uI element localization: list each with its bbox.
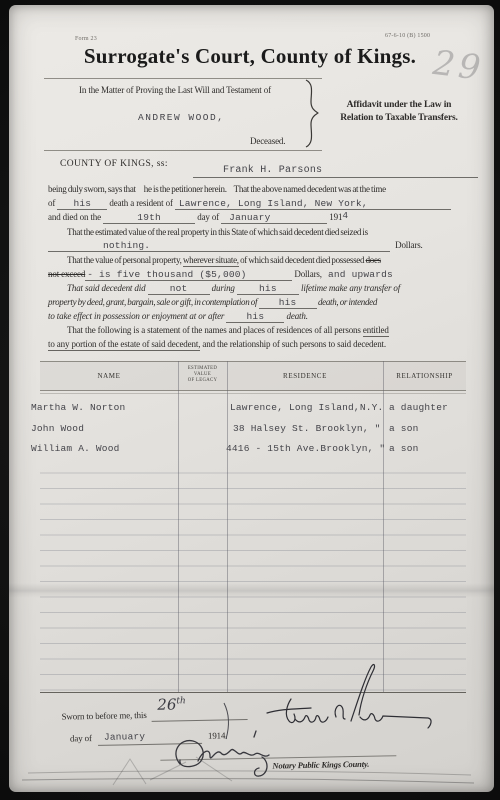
typed-entry: his	[259, 283, 277, 294]
sworn-year: 1914.	[208, 730, 228, 740]
paragraph-line: That the value of personal property, whe…	[67, 255, 381, 265]
paragraph-line: That the estimated value of the real pro…	[67, 227, 368, 237]
column-header-value: ESTIMATED VALUE OF LEGACY	[179, 366, 226, 384]
printed-text: death.	[287, 311, 308, 321]
printed-text-underlined: to any portion of the estate of said dec…	[48, 339, 200, 351]
printed-text: Dollars.	[395, 240, 423, 250]
typed-entry: his	[247, 311, 265, 322]
column-header-name: NAME	[40, 372, 178, 380]
blank-underline	[98, 743, 202, 746]
typed-entry: 19th	[137, 212, 161, 223]
pencil-annotation: 29	[431, 43, 487, 89]
printed-text: VALUE	[194, 372, 211, 377]
typed-entry: and upwards	[328, 269, 393, 280]
form-number: Form 23	[75, 36, 97, 42]
paragraph-line: and died on the 19th day of January 1914	[48, 212, 348, 224]
caption-rule-top	[44, 78, 322, 79]
printed-text: lifetime make any transfer of	[301, 283, 400, 293]
table-ruled-lines	[40, 458, 466, 693]
printed-text: That said decedent did	[67, 283, 145, 293]
typed-entry: not	[170, 283, 188, 294]
county-line: COUNTY OF KINGS, ss:	[60, 159, 168, 169]
paragraph-line: nothing. Dollars.	[48, 240, 423, 252]
jurat-section: Sworn to before me, this 26th day of Jan…	[0, 685, 500, 800]
paragraph-line: That said decedent did not during his li…	[67, 283, 400, 295]
printed-text: of which said decedent died possessed	[240, 255, 364, 265]
printed-text-underlined: wherever situate,	[183, 255, 239, 267]
handwritten-text: 26	[157, 695, 176, 713]
heir-residence: 4416 - 15th Ave.Brooklyn, "	[226, 443, 385, 454]
sworn-line: Sworn to before me, this	[61, 710, 146, 722]
struck-text: not exceed	[48, 269, 85, 279]
heir-relationship: a son	[389, 443, 419, 454]
matter-line: In the Matter of Proving the Last Will a…	[44, 85, 306, 95]
printed-text: That the following is a statement of the…	[67, 325, 361, 335]
deceased-label: Deceased.	[250, 136, 285, 146]
printed-text: ESTIMATED	[188, 366, 217, 371]
notary-title: Notary Public Kings County.	[272, 759, 369, 771]
printed-text-underlined: entitled	[363, 325, 389, 337]
printed-text: That the value of personal property,	[67, 255, 182, 265]
caption-rule-bottom	[44, 150, 322, 151]
paragraph-line: That the following is a statement of the…	[67, 325, 389, 335]
printed-text: he is the petitioner herein.	[144, 184, 227, 194]
blank-underline	[152, 719, 248, 722]
printed-text: being duly sworn, says that	[48, 184, 136, 194]
petitioner-name-blank: Frank H. Parsons	[193, 164, 478, 178]
print-code: 67-6-10 (B) 1500	[385, 33, 430, 39]
printed-text: and died on the	[48, 212, 101, 222]
affidavit-title-2: Relation to Taxable Transfers.	[328, 113, 470, 123]
table-header-rule	[40, 390, 466, 391]
scanned-document-page: Form 23 67-6-10 (B) 1500 Surrogate's Cou…	[0, 0, 500, 800]
column-header-relationship: RELATIONSHIP	[383, 372, 466, 380]
printed-text: death a resident of	[109, 198, 172, 208]
printed-text: of	[48, 198, 55, 208]
printed-text: Dollars,	[294, 269, 322, 279]
typed-entry: January	[104, 731, 146, 743]
printed-text: during	[212, 283, 235, 293]
printed-text: to take effect in possession or enjoymen…	[48, 311, 224, 321]
struck-text: does	[366, 255, 381, 265]
paragraph-line: to any portion of the estate of said dec…	[48, 339, 386, 349]
page-title: Surrogate's Court, County of Kings.	[40, 44, 460, 69]
column-header-residence: RESIDENCE	[227, 372, 383, 380]
typed-entry: 4	[342, 210, 348, 221]
printed-text: That the above named decedent was at the…	[234, 184, 386, 194]
typed-entry: - is five thousand ($5,000)	[87, 269, 246, 280]
printed-text: 191	[329, 212, 342, 222]
heir-name: John Wood	[31, 423, 84, 434]
affidavit-title-1: Affidavit under the Law in	[328, 100, 470, 110]
printed-text: death, or intended	[318, 297, 377, 307]
typed-entry: January	[229, 212, 270, 223]
heir-name: William A. Wood	[31, 443, 120, 454]
decedent-name: ANDREW WOOD,	[138, 112, 224, 123]
printed-text: OF LEGACY	[188, 378, 217, 383]
paragraph-line: not exceed- is five thousand ($5,000) Do…	[48, 269, 393, 281]
paragraph-line: to take effect in possession or enjoymen…	[48, 311, 308, 323]
heir-relationship: a daughter	[389, 402, 448, 413]
paragraph-line: property by deed, grant, bargain, sale o…	[48, 297, 377, 309]
petitioner-name: Frank H. Parsons	[223, 165, 322, 176]
typed-entry: his	[279, 297, 297, 308]
heir-name: Martha W. Norton	[31, 402, 125, 413]
handwritten-day: 26th	[157, 695, 186, 714]
paragraph-line: of his death a resident of Lawrence, Lon…	[48, 198, 451, 210]
paragraph-line: being duly sworn, says thathe is the pet…	[48, 184, 386, 194]
sworn-line: day of	[70, 733, 92, 743]
printed-text: property by deed, grant, bargain, sale o…	[48, 297, 257, 307]
printed-text: day of	[197, 212, 219, 222]
printed-text: and the relationship of such persons to …	[202, 339, 386, 349]
heir-residence: 38 Halsey St. Brooklyn, "	[233, 423, 381, 434]
heir-relationship: a son	[389, 423, 419, 434]
heir-residence: Lawrence, Long Island,N.Y.	[230, 402, 383, 413]
typed-entry: nothing.	[103, 240, 150, 251]
table-header-rule-2	[40, 393, 466, 394]
handwritten-text: th	[176, 696, 186, 706]
typed-entry: Lawrence, Long Island, New York,	[179, 198, 368, 209]
typed-entry: his	[73, 198, 91, 209]
